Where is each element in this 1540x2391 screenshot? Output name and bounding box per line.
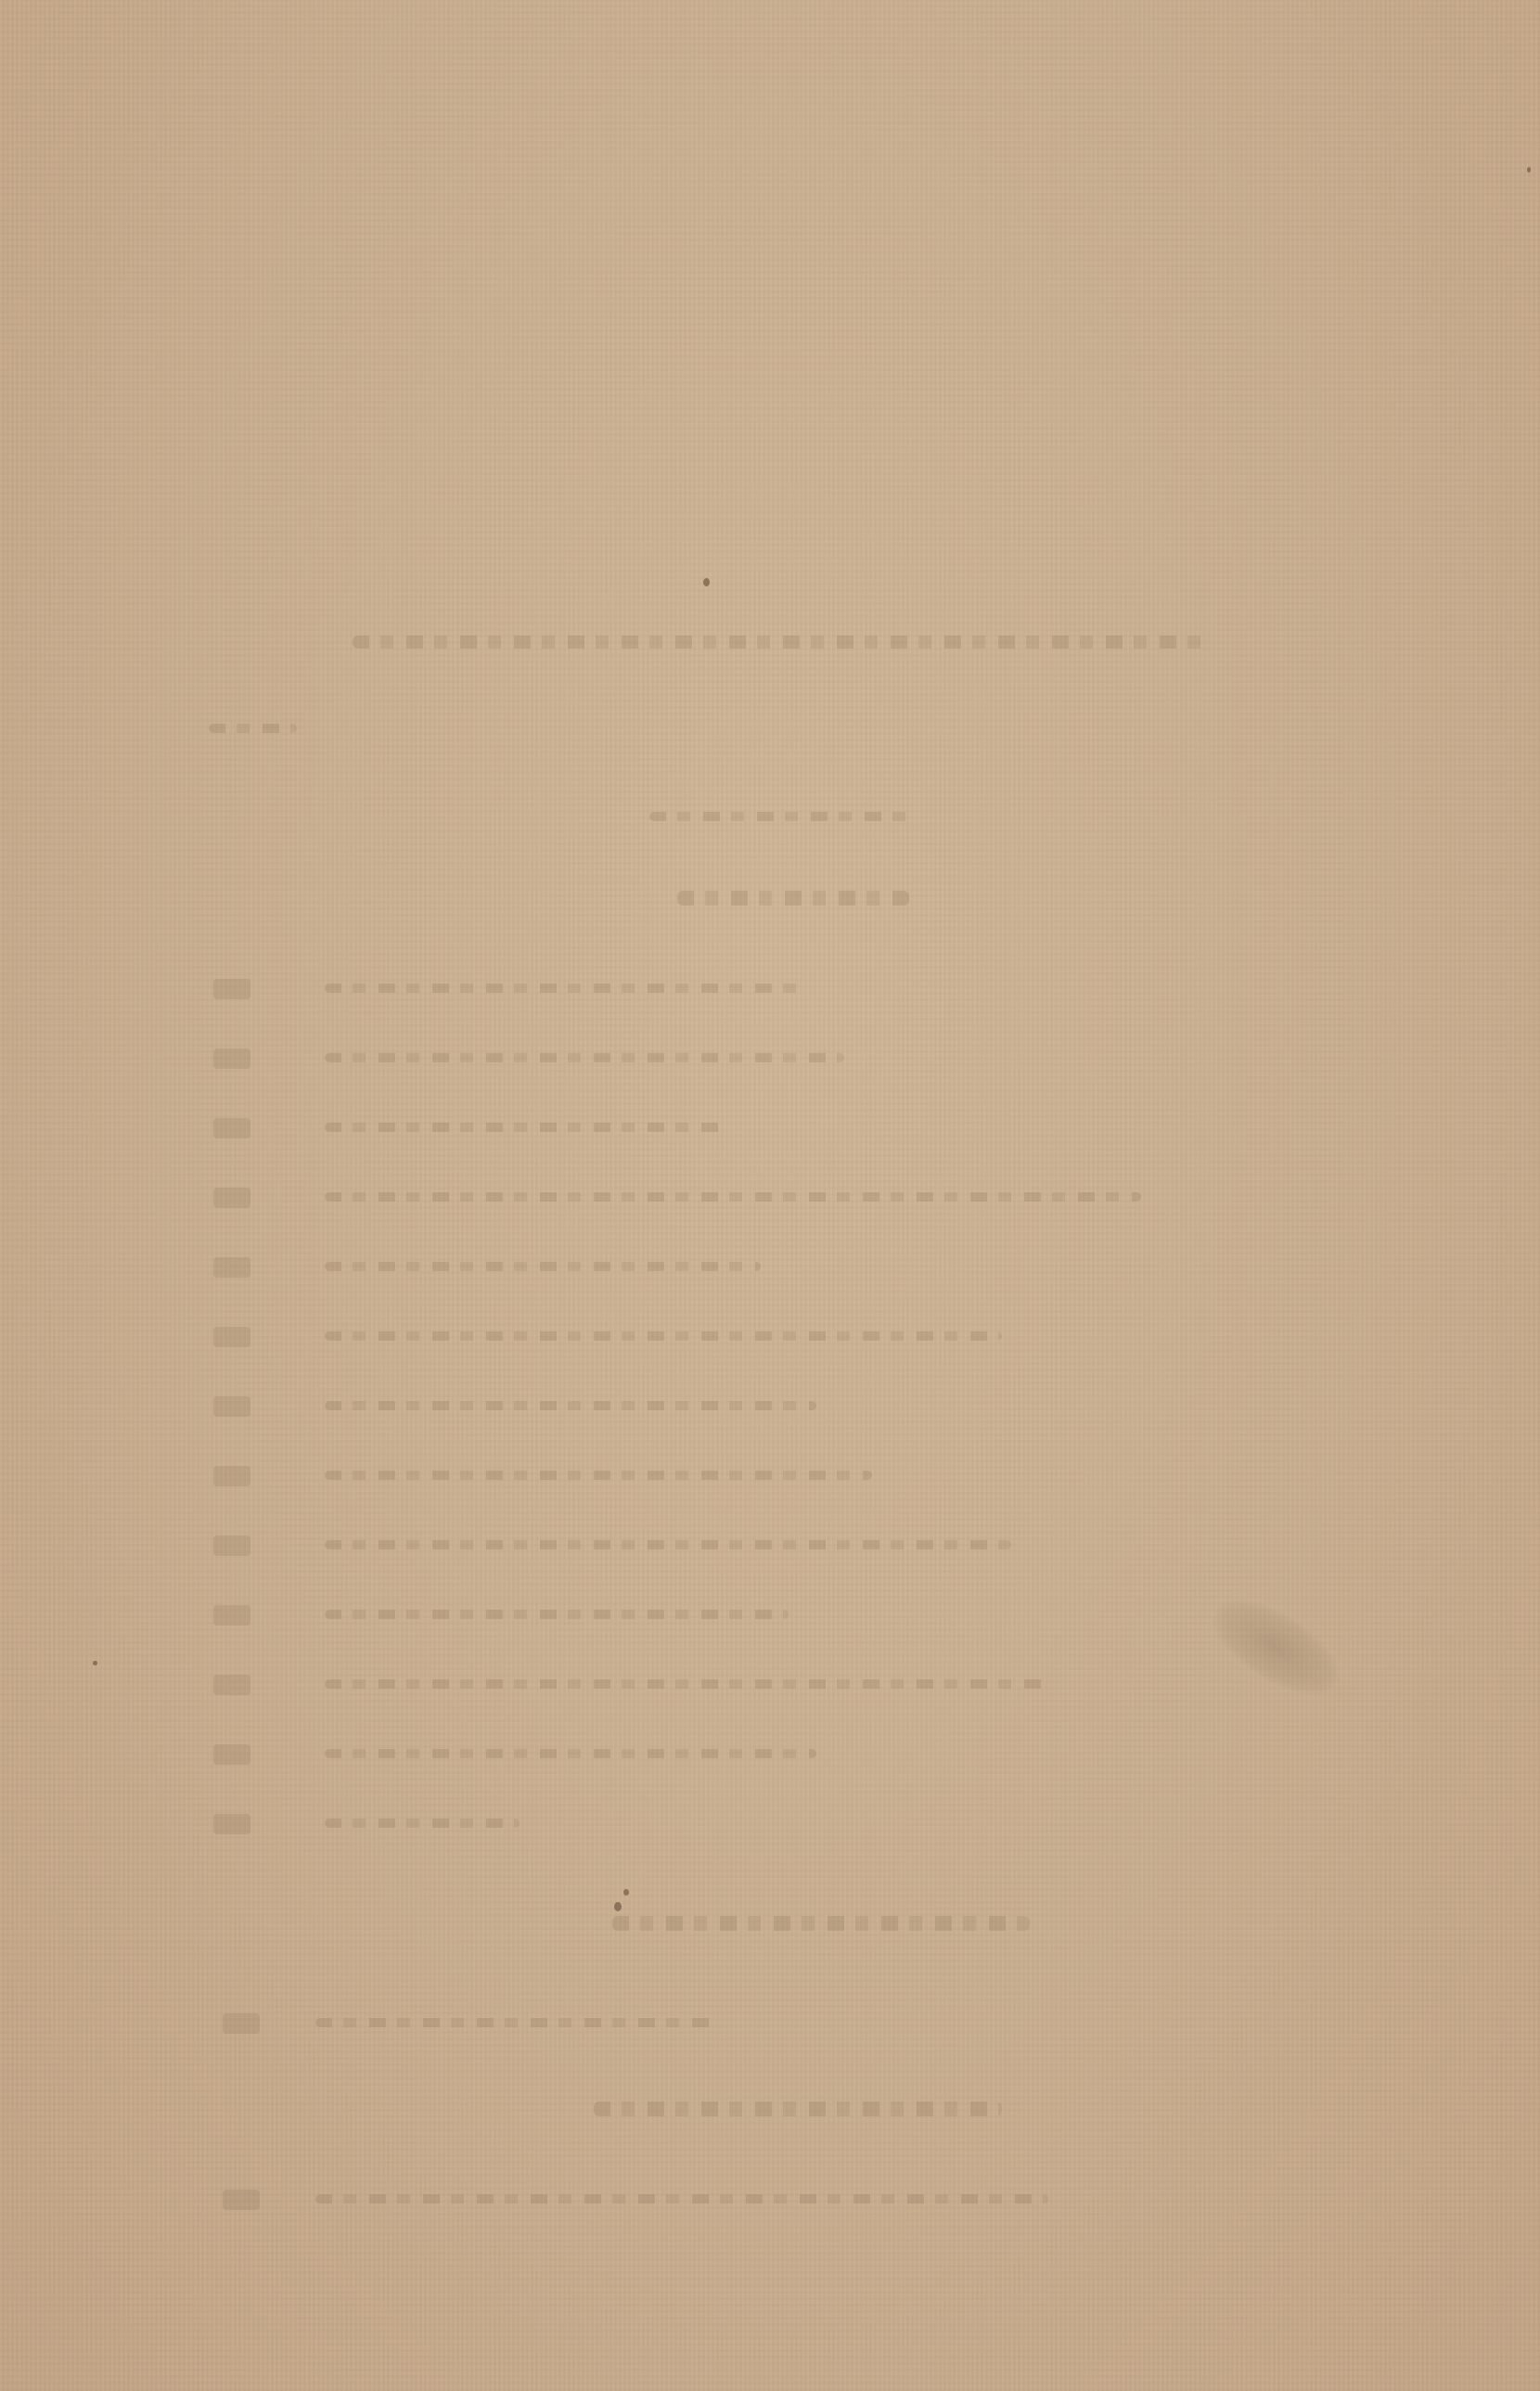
ink-speck (623, 1889, 629, 1896)
ink-speck (703, 578, 710, 586)
mirrored-title-line (353, 636, 1206, 649)
mirrored-section-heading-1 (612, 1916, 1030, 1931)
ink-speck (614, 1902, 622, 1911)
mirrored-section-heading-2 (594, 2102, 1002, 2116)
library-stamp (1200, 1583, 1352, 1712)
ink-speck (93, 1661, 97, 1665)
mirrored-subheading (649, 812, 909, 821)
mirrored-parenthetical-heading (677, 891, 909, 906)
ink-speck (1527, 167, 1531, 173)
mirrored-marginal-label (209, 724, 297, 733)
